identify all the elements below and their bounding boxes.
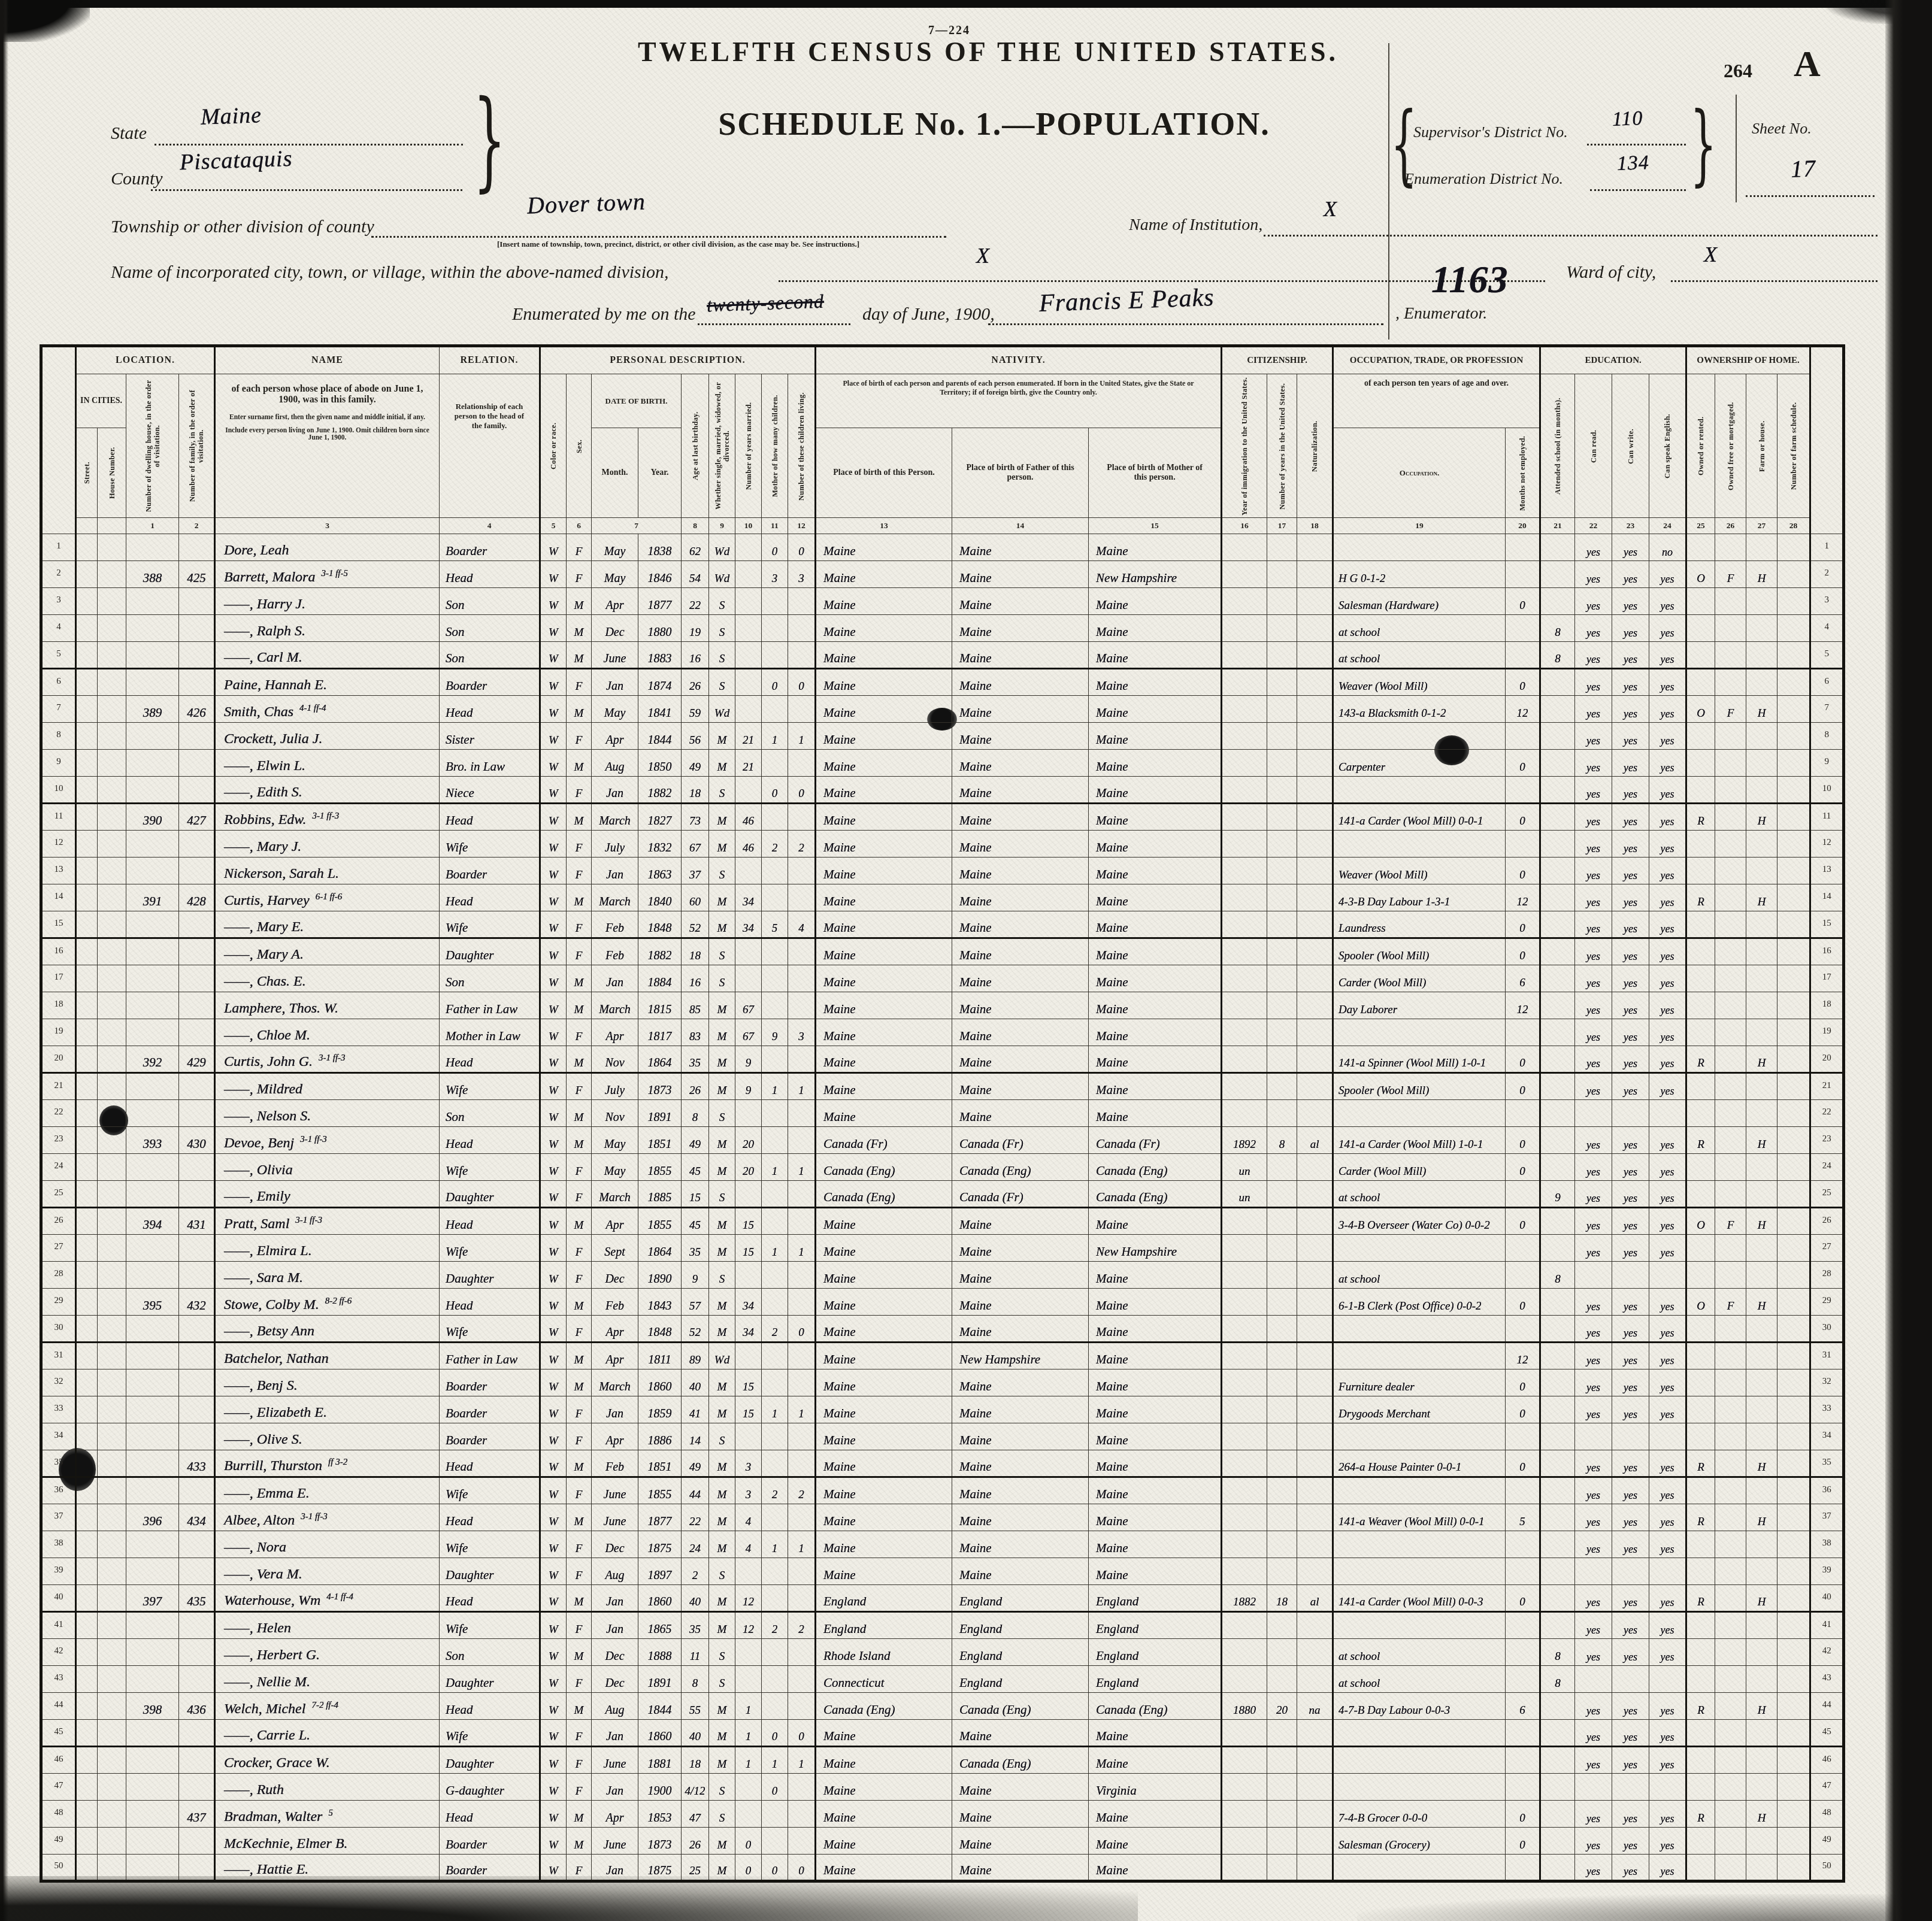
birth-year-cell: 1832	[638, 831, 682, 858]
name-group-header: NAME	[215, 346, 440, 374]
owned-rented-cell	[1686, 1423, 1715, 1450]
can-read-cell: yes	[1575, 804, 1612, 831]
months-not-employed-cell	[1506, 1316, 1540, 1343]
farm-schedule-cell	[1777, 831, 1810, 858]
immigration-year-cell	[1222, 1747, 1267, 1774]
marital-status-cell: M	[709, 1828, 735, 1855]
occupation-cell	[1333, 831, 1506, 858]
farm-or-house-cell: H	[1746, 1046, 1777, 1073]
mother-of-children-cell: 1	[762, 723, 788, 750]
family-number-cell	[179, 1154, 215, 1181]
sex-cell: F	[567, 1531, 592, 1558]
naturalization-cell	[1297, 804, 1333, 831]
dwelling-number-header: Number of dwelling house, in the order o…	[126, 374, 179, 518]
pob-person-cell: Maine	[816, 696, 952, 723]
can-read-cell: yes	[1575, 777, 1612, 804]
age-cell: 49	[682, 1450, 709, 1477]
pob-mother-cell: Canada (Eng)	[1089, 1181, 1222, 1208]
family-number-cell	[179, 1531, 215, 1558]
occupation-cell: Salesman (Hardware)	[1333, 588, 1506, 615]
occupation-cell	[1333, 1316, 1506, 1343]
marital-status-cell: S	[709, 1774, 735, 1801]
children-living-cell: 1	[788, 1073, 816, 1100]
sex-cell: M	[567, 1801, 592, 1828]
months-not-employed-cell	[1506, 1774, 1540, 1801]
pob-mother-cell: Maine	[1089, 615, 1222, 642]
can-write-cell	[1612, 1558, 1649, 1585]
dwelling-number-cell	[126, 669, 179, 696]
birth-month-cell: June	[592, 1828, 638, 1855]
farm-schedule-cell	[1777, 1558, 1810, 1585]
can-write-cell: yes	[1612, 1639, 1649, 1666]
naturalization-cell	[1297, 1828, 1333, 1855]
person-name: ——, Nellie M.	[224, 1674, 310, 1690]
pob-person-cell: England	[816, 1612, 952, 1639]
line-number-right: 31	[1810, 1343, 1844, 1369]
occupation-cell	[1333, 1100, 1506, 1127]
sex-cell: M	[567, 1504, 592, 1531]
dwelling-number-cell: 391	[126, 884, 179, 911]
naturalization-header: Naturalization.	[1297, 374, 1333, 518]
relation-cell: Sister	[440, 723, 540, 750]
line-number-left: 39	[41, 1558, 76, 1585]
enumerated-prefix: Enumerated by me on the	[512, 304, 696, 325]
marital-status-cell: M	[709, 723, 735, 750]
brace-glyph: }	[1690, 93, 1717, 196]
occupation-cell: Salesman (Grocery)	[1333, 1828, 1506, 1855]
years-married-cell: 9	[735, 1046, 762, 1073]
years-married-cell	[735, 965, 762, 992]
street-cell	[76, 615, 98, 642]
pob-person-cell: Maine	[816, 1558, 952, 1585]
color-race-cell: W	[540, 696, 567, 723]
person-name: Curtis, Harvey	[224, 893, 310, 908]
line-number-right: 40	[1810, 1585, 1844, 1612]
mother-of-children-cell	[762, 750, 788, 777]
naturalization-cell	[1297, 1073, 1333, 1100]
attended-school-cell	[1540, 1720, 1575, 1747]
occupation-cell: Carpenter	[1333, 750, 1506, 777]
immigration-year-cell	[1222, 1666, 1267, 1693]
pob-father-cell: Maine	[952, 1208, 1089, 1235]
pob-person-cell: Maine	[816, 1828, 952, 1855]
census-row: 45 ——, Carrie L. Wife W F Jan 1860 40 M …	[41, 1720, 1844, 1747]
farm-schedule-cell	[1777, 1639, 1810, 1666]
house-number-cell	[98, 965, 126, 992]
months-not-employed-cell	[1506, 1639, 1540, 1666]
color-race-cell: W	[540, 1316, 567, 1343]
can-read-cell: yes	[1575, 723, 1612, 750]
marital-status-cell: M	[709, 1585, 735, 1612]
enumerator-annotation: 3-1 ff-3	[295, 1216, 322, 1225]
street-cell	[76, 1477, 98, 1504]
mother-of-children-cell	[762, 884, 788, 911]
can-speak-english-cell: yes	[1649, 669, 1686, 696]
pob-father-cell: Maine	[952, 1828, 1089, 1855]
name-cell: Dore, Leah	[215, 534, 440, 561]
census-row: 14 391 428 Curtis, Harvey6-1 ff-6 Head W…	[41, 884, 1844, 911]
years-in-us-cell	[1267, 1774, 1297, 1801]
age-cell: 57	[682, 1289, 709, 1316]
color-race-cell: W	[540, 1396, 567, 1423]
name-cell: ——, Chas. E.	[215, 965, 440, 992]
family-number-cell	[179, 723, 215, 750]
sex-cell: F	[567, 534, 592, 561]
line-number-right: 38	[1810, 1531, 1844, 1558]
sex-cell: F	[567, 1666, 592, 1693]
owned-rented-cell	[1686, 911, 1715, 938]
house-number-cell	[98, 534, 126, 561]
immigration-year-cell	[1222, 777, 1267, 804]
pob-mother-cell: Canada (Fr)	[1089, 1127, 1222, 1154]
pob-father-cell: Maine	[952, 669, 1089, 696]
years-married-cell: 20	[735, 1154, 762, 1181]
line-number-right: 46	[1810, 1747, 1844, 1774]
years-in-us-cell	[1267, 1343, 1297, 1369]
owned-rented-cell: O	[1686, 1289, 1715, 1316]
can-speak-english-cell	[1649, 1262, 1686, 1289]
occupation-cell: at school	[1333, 1666, 1506, 1693]
immigration-year-cell	[1222, 723, 1267, 750]
sex-cell: M	[567, 1208, 592, 1235]
can-read-cell: yes	[1575, 1396, 1612, 1423]
line-number-right: 43	[1810, 1666, 1844, 1693]
naturalization-cell	[1297, 1154, 1333, 1181]
birth-year-cell: 1877	[638, 1504, 682, 1531]
name-cell: Albee, Alton3-1 ff-3	[215, 1504, 440, 1531]
naturalization-cell	[1297, 1262, 1333, 1289]
person-name: Smith, Chas	[224, 704, 293, 720]
pob-person-cell: Maine	[816, 1208, 952, 1235]
birth-year-cell: 1875	[638, 1855, 682, 1881]
naturalization-cell	[1297, 588, 1333, 615]
name-cell: Curtis, John G.3-1 ff-3	[215, 1046, 440, 1073]
line-number-left: 30	[41, 1316, 76, 1343]
marital-status-cell: M	[709, 804, 735, 831]
mother-of-children-cell	[762, 1423, 788, 1450]
can-write-cell: yes	[1612, 696, 1649, 723]
can-read-cell: yes	[1575, 992, 1612, 1019]
person-name: ——, Betsy Ann	[224, 1323, 314, 1339]
can-speak-english-cell	[1649, 1423, 1686, 1450]
months-not-employed-cell: 12	[1506, 992, 1540, 1019]
years-married-cell: 34	[735, 1316, 762, 1343]
attended-school-cell: 8	[1540, 1262, 1575, 1289]
dwelling-number-cell	[126, 1450, 179, 1477]
months-not-employed-cell: 6	[1506, 965, 1540, 992]
name-cell: Barrett, Malora3-1 ff-5	[215, 561, 440, 588]
immigration-year-cell	[1222, 1639, 1267, 1666]
pob-father-cell: Maine	[952, 1396, 1089, 1423]
months-not-employed-header: Months not employed.	[1506, 428, 1540, 518]
can-write-cell: yes	[1612, 588, 1649, 615]
birth-month-cell: March	[592, 1369, 638, 1396]
house-number-cell	[98, 1208, 126, 1235]
age-cell: 56	[682, 723, 709, 750]
pob-mother-cell: Maine	[1089, 1289, 1222, 1316]
house-number-cell	[98, 1423, 126, 1450]
owned-rented-cell: O	[1686, 561, 1715, 588]
mother-of-children-cell: 1	[762, 1531, 788, 1558]
street-cell	[76, 911, 98, 938]
birth-month-cell: March	[592, 1181, 638, 1208]
col-num: 2	[179, 518, 215, 534]
birth-year-cell: 1855	[638, 1154, 682, 1181]
farm-or-house-cell	[1746, 1100, 1777, 1127]
owned-rented-cell	[1686, 642, 1715, 669]
owned-free-mortgaged-header: Owned free or mortgaged.	[1715, 374, 1746, 518]
line-number-right: 2	[1810, 561, 1844, 588]
age-cell: 35	[682, 1046, 709, 1073]
immigration-year-cell	[1222, 1612, 1267, 1639]
can-speak-english-cell: yes	[1649, 1828, 1686, 1855]
person-name: ——, Carl M.	[224, 650, 302, 665]
owned-free-mortgaged-cell	[1715, 1828, 1746, 1855]
line-number-left: 41	[41, 1612, 76, 1639]
line-number-right: 22	[1810, 1100, 1844, 1127]
pob-mother-cell: Canada (Eng)	[1089, 1693, 1222, 1720]
pob-person-cell: Maine	[816, 723, 952, 750]
birth-month-cell: Nov	[592, 1046, 638, 1073]
attended-school-cell	[1540, 1855, 1575, 1881]
farm-or-house-cell	[1746, 831, 1777, 858]
owned-free-mortgaged-cell	[1715, 1019, 1746, 1046]
mother-of-children-cell: 0	[762, 534, 788, 561]
birth-year-cell: 1882	[638, 777, 682, 804]
farm-schedule-cell	[1777, 884, 1810, 911]
census-row: 16 ——, Mary A. Daughter W F Feb 1882 18 …	[41, 938, 1844, 965]
owned-rented-cell	[1686, 750, 1715, 777]
age-cell: 73	[682, 804, 709, 831]
farm-or-house-cell	[1746, 1828, 1777, 1855]
dwelling-number-cell: 398	[126, 1693, 179, 1720]
farm-or-house-cell: H	[1746, 561, 1777, 588]
dwelling-number-cell	[126, 992, 179, 1019]
birth-month-cell: June	[592, 1747, 638, 1774]
name-cell: ——, Nelson S.	[215, 1100, 440, 1127]
children-living-cell: 1	[788, 723, 816, 750]
occupation-cell: 141-a Carder (Wool Mill) 1-0-1	[1333, 1127, 1506, 1154]
years-in-us-cell: 8	[1267, 1127, 1297, 1154]
pob-mother-cell: Maine	[1089, 750, 1222, 777]
attended-school-cell	[1540, 1774, 1575, 1801]
marital-status-cell: M	[709, 1693, 735, 1720]
can-write-cell: yes	[1612, 1019, 1649, 1046]
owned-rented-cell: O	[1686, 1208, 1715, 1235]
sheet-no-label: Sheet No.	[1752, 120, 1812, 138]
sheet-no-value: 17	[1790, 154, 1816, 183]
col-num: 7	[592, 518, 682, 534]
can-read-cell: yes	[1575, 1720, 1612, 1747]
children-living-cell: 2	[788, 1477, 816, 1504]
family-number-cell	[179, 1019, 215, 1046]
person-name: ——, Olive S.	[224, 1432, 302, 1447]
birth-year-cell: 1844	[638, 723, 682, 750]
pob-mother-cell: Maine	[1089, 1531, 1222, 1558]
city-label: Name of incorporated city, town, or vill…	[111, 262, 669, 283]
pob-father-cell: Maine	[952, 992, 1089, 1019]
months-not-employed-cell	[1506, 1855, 1540, 1881]
occupation-cell: 4-3-B Day Labour 1-3-1	[1333, 884, 1506, 911]
family-number-cell	[179, 1235, 215, 1262]
attended-school-cell	[1540, 1585, 1575, 1612]
years-in-us-cell	[1267, 696, 1297, 723]
dwelling-number-cell	[126, 777, 179, 804]
immigration-year-cell	[1222, 615, 1267, 642]
birth-year-cell: 1883	[638, 642, 682, 669]
months-not-employed-cell	[1506, 1019, 1540, 1046]
marital-status-cell: M	[709, 1747, 735, 1774]
pob-mother-cell: New Hampshire	[1089, 561, 1222, 588]
relation-cell: Head	[440, 561, 540, 588]
relation-cell: Daughter	[440, 1262, 540, 1289]
dotted-line	[155, 144, 463, 146]
years-married-cell: 1	[735, 1693, 762, 1720]
years-in-us-cell	[1267, 1046, 1297, 1073]
years-in-us-cell	[1267, 561, 1297, 588]
person-name: McKechnie, Elmer B.	[224, 1836, 348, 1852]
immigration-year-cell	[1222, 534, 1267, 561]
line-number-right: 13	[1810, 858, 1844, 884]
farm-schedule-cell	[1777, 1477, 1810, 1504]
farm-schedule-cell	[1777, 723, 1810, 750]
name-cell: ——, Hattie E.	[215, 1855, 440, 1881]
children-living-cell	[788, 1046, 816, 1073]
sex-cell: F	[567, 1855, 592, 1881]
family-number-cell	[179, 1396, 215, 1423]
street-cell	[76, 1585, 98, 1612]
years-married-cell	[735, 561, 762, 588]
marital-status-cell: M	[709, 884, 735, 911]
pob-father-cell: Maine	[952, 858, 1089, 884]
dwelling-number-cell: 389	[126, 696, 179, 723]
pob-father-cell: Maine	[952, 615, 1089, 642]
immigration-year-cell	[1222, 1046, 1267, 1073]
naturalization-cell	[1297, 1450, 1333, 1477]
years-married-cell	[735, 938, 762, 965]
farm-schedule-cell	[1777, 750, 1810, 777]
census-row: 15 ——, Mary E. Wife W F Feb 1848 52 M 34…	[41, 911, 1844, 938]
line-number-header	[41, 346, 76, 534]
children-living-cell	[788, 884, 816, 911]
attended-school-cell	[1540, 1154, 1575, 1181]
header-divider-line	[1388, 43, 1389, 340]
occupation-cell	[1333, 1531, 1506, 1558]
can-write-cell: yes	[1612, 1154, 1649, 1181]
marital-status-cell: M	[709, 911, 735, 938]
color-race-cell: W	[540, 1585, 567, 1612]
months-not-employed-cell	[1506, 777, 1540, 804]
line-number-right: 35	[1810, 1450, 1844, 1477]
farm-schedule-cell	[1777, 1774, 1810, 1801]
enumerated-day-value: twenty-second	[706, 290, 824, 317]
attended-school-cell	[1540, 1019, 1575, 1046]
family-number-cell	[179, 1639, 215, 1666]
can-read-cell: yes	[1575, 1046, 1612, 1073]
census-row: 9 ——, Elwin L. Bro. in Law W M Aug 1850 …	[41, 750, 1844, 777]
sex-cell: F	[567, 561, 592, 588]
years-married-cell: 34	[735, 1289, 762, 1316]
can-write-cell: yes	[1612, 1504, 1649, 1531]
attended-school-cell	[1540, 1504, 1575, 1531]
marital-status-cell: M	[709, 1019, 735, 1046]
years-in-us-cell	[1267, 1612, 1297, 1639]
person-name: ——, Elmira L.	[224, 1243, 312, 1259]
mother-of-children-cell	[762, 1289, 788, 1316]
birth-month-cell: March	[592, 884, 638, 911]
immigration-year-cell	[1222, 1423, 1267, 1450]
birth-month-cell: Apr	[592, 1801, 638, 1828]
months-not-employed-cell	[1506, 615, 1540, 642]
col-num: 6	[567, 518, 592, 534]
mother-of-children-cell	[762, 1127, 788, 1154]
dwelling-number-cell	[126, 1477, 179, 1504]
children-living-cell: 0	[788, 777, 816, 804]
naturalization-cell	[1297, 965, 1333, 992]
children-living-cell: 2	[788, 831, 816, 858]
marital-status-cell: M	[709, 1396, 735, 1423]
children-living-cell	[788, 1693, 816, 1720]
col-num: 1	[126, 518, 179, 534]
line-number-left: 40	[41, 1585, 76, 1612]
pob-person-cell: England	[816, 1585, 952, 1612]
owned-free-mortgaged-cell	[1715, 1316, 1746, 1343]
occupation-cell: 141-a Carder (Wool Mill) 0-0-3	[1333, 1585, 1506, 1612]
dotted-line	[1587, 144, 1686, 146]
dotted-line	[1671, 280, 1878, 282]
line-number-right: 10	[1810, 777, 1844, 804]
house-number-cell	[98, 1666, 126, 1693]
years-in-us-cell	[1267, 1558, 1297, 1585]
marital-status-cell: S	[709, 1100, 735, 1127]
relation-cell: Son	[440, 1639, 540, 1666]
months-not-employed-cell	[1506, 723, 1540, 750]
col-num: 14	[952, 518, 1089, 534]
line-number-left: 15	[41, 911, 76, 938]
census-row: 25 ——, Emily Daughter W F March 1885 15 …	[41, 1181, 1844, 1208]
immigration-year-cell	[1222, 858, 1267, 884]
owned-rented-cell: R	[1686, 1585, 1715, 1612]
col-num: 22	[1575, 518, 1612, 534]
naturalization-cell	[1297, 1181, 1333, 1208]
can-write-cell: yes	[1612, 1181, 1649, 1208]
pob-person-cell: Maine	[816, 884, 952, 911]
immigration-year-cell: un	[1222, 1181, 1267, 1208]
sex-cell: F	[567, 1558, 592, 1585]
can-write-cell: yes	[1612, 1531, 1649, 1558]
family-number-cell: 432	[179, 1289, 215, 1316]
enumerator-name-value: Francis E Peaks	[1038, 283, 1215, 318]
pob-person-cell: Maine	[816, 1289, 952, 1316]
dotted-line	[1590, 189, 1686, 191]
children-living-cell: 3	[788, 1019, 816, 1046]
page-number: 264	[1724, 60, 1752, 82]
immigration-year-cell: 1882	[1222, 1585, 1267, 1612]
birth-month-cell: June	[592, 1477, 638, 1504]
months-not-employed-cell: 12	[1506, 1343, 1540, 1369]
can-read-cell: yes	[1575, 1585, 1612, 1612]
years-married-cell	[735, 1774, 762, 1801]
years-in-us-cell	[1267, 723, 1297, 750]
attended-school-cell	[1540, 1747, 1575, 1774]
street-cell	[76, 1289, 98, 1316]
marital-status-cell: S	[709, 1558, 735, 1585]
years-married-cell	[735, 1558, 762, 1585]
family-number-cell	[179, 1612, 215, 1639]
age-cell: 8	[682, 1100, 709, 1127]
birth-year-cell: 1888	[638, 1639, 682, 1666]
census-row: 48 437 Bradman, Walter5 Head W M Apr 185…	[41, 1801, 1844, 1828]
